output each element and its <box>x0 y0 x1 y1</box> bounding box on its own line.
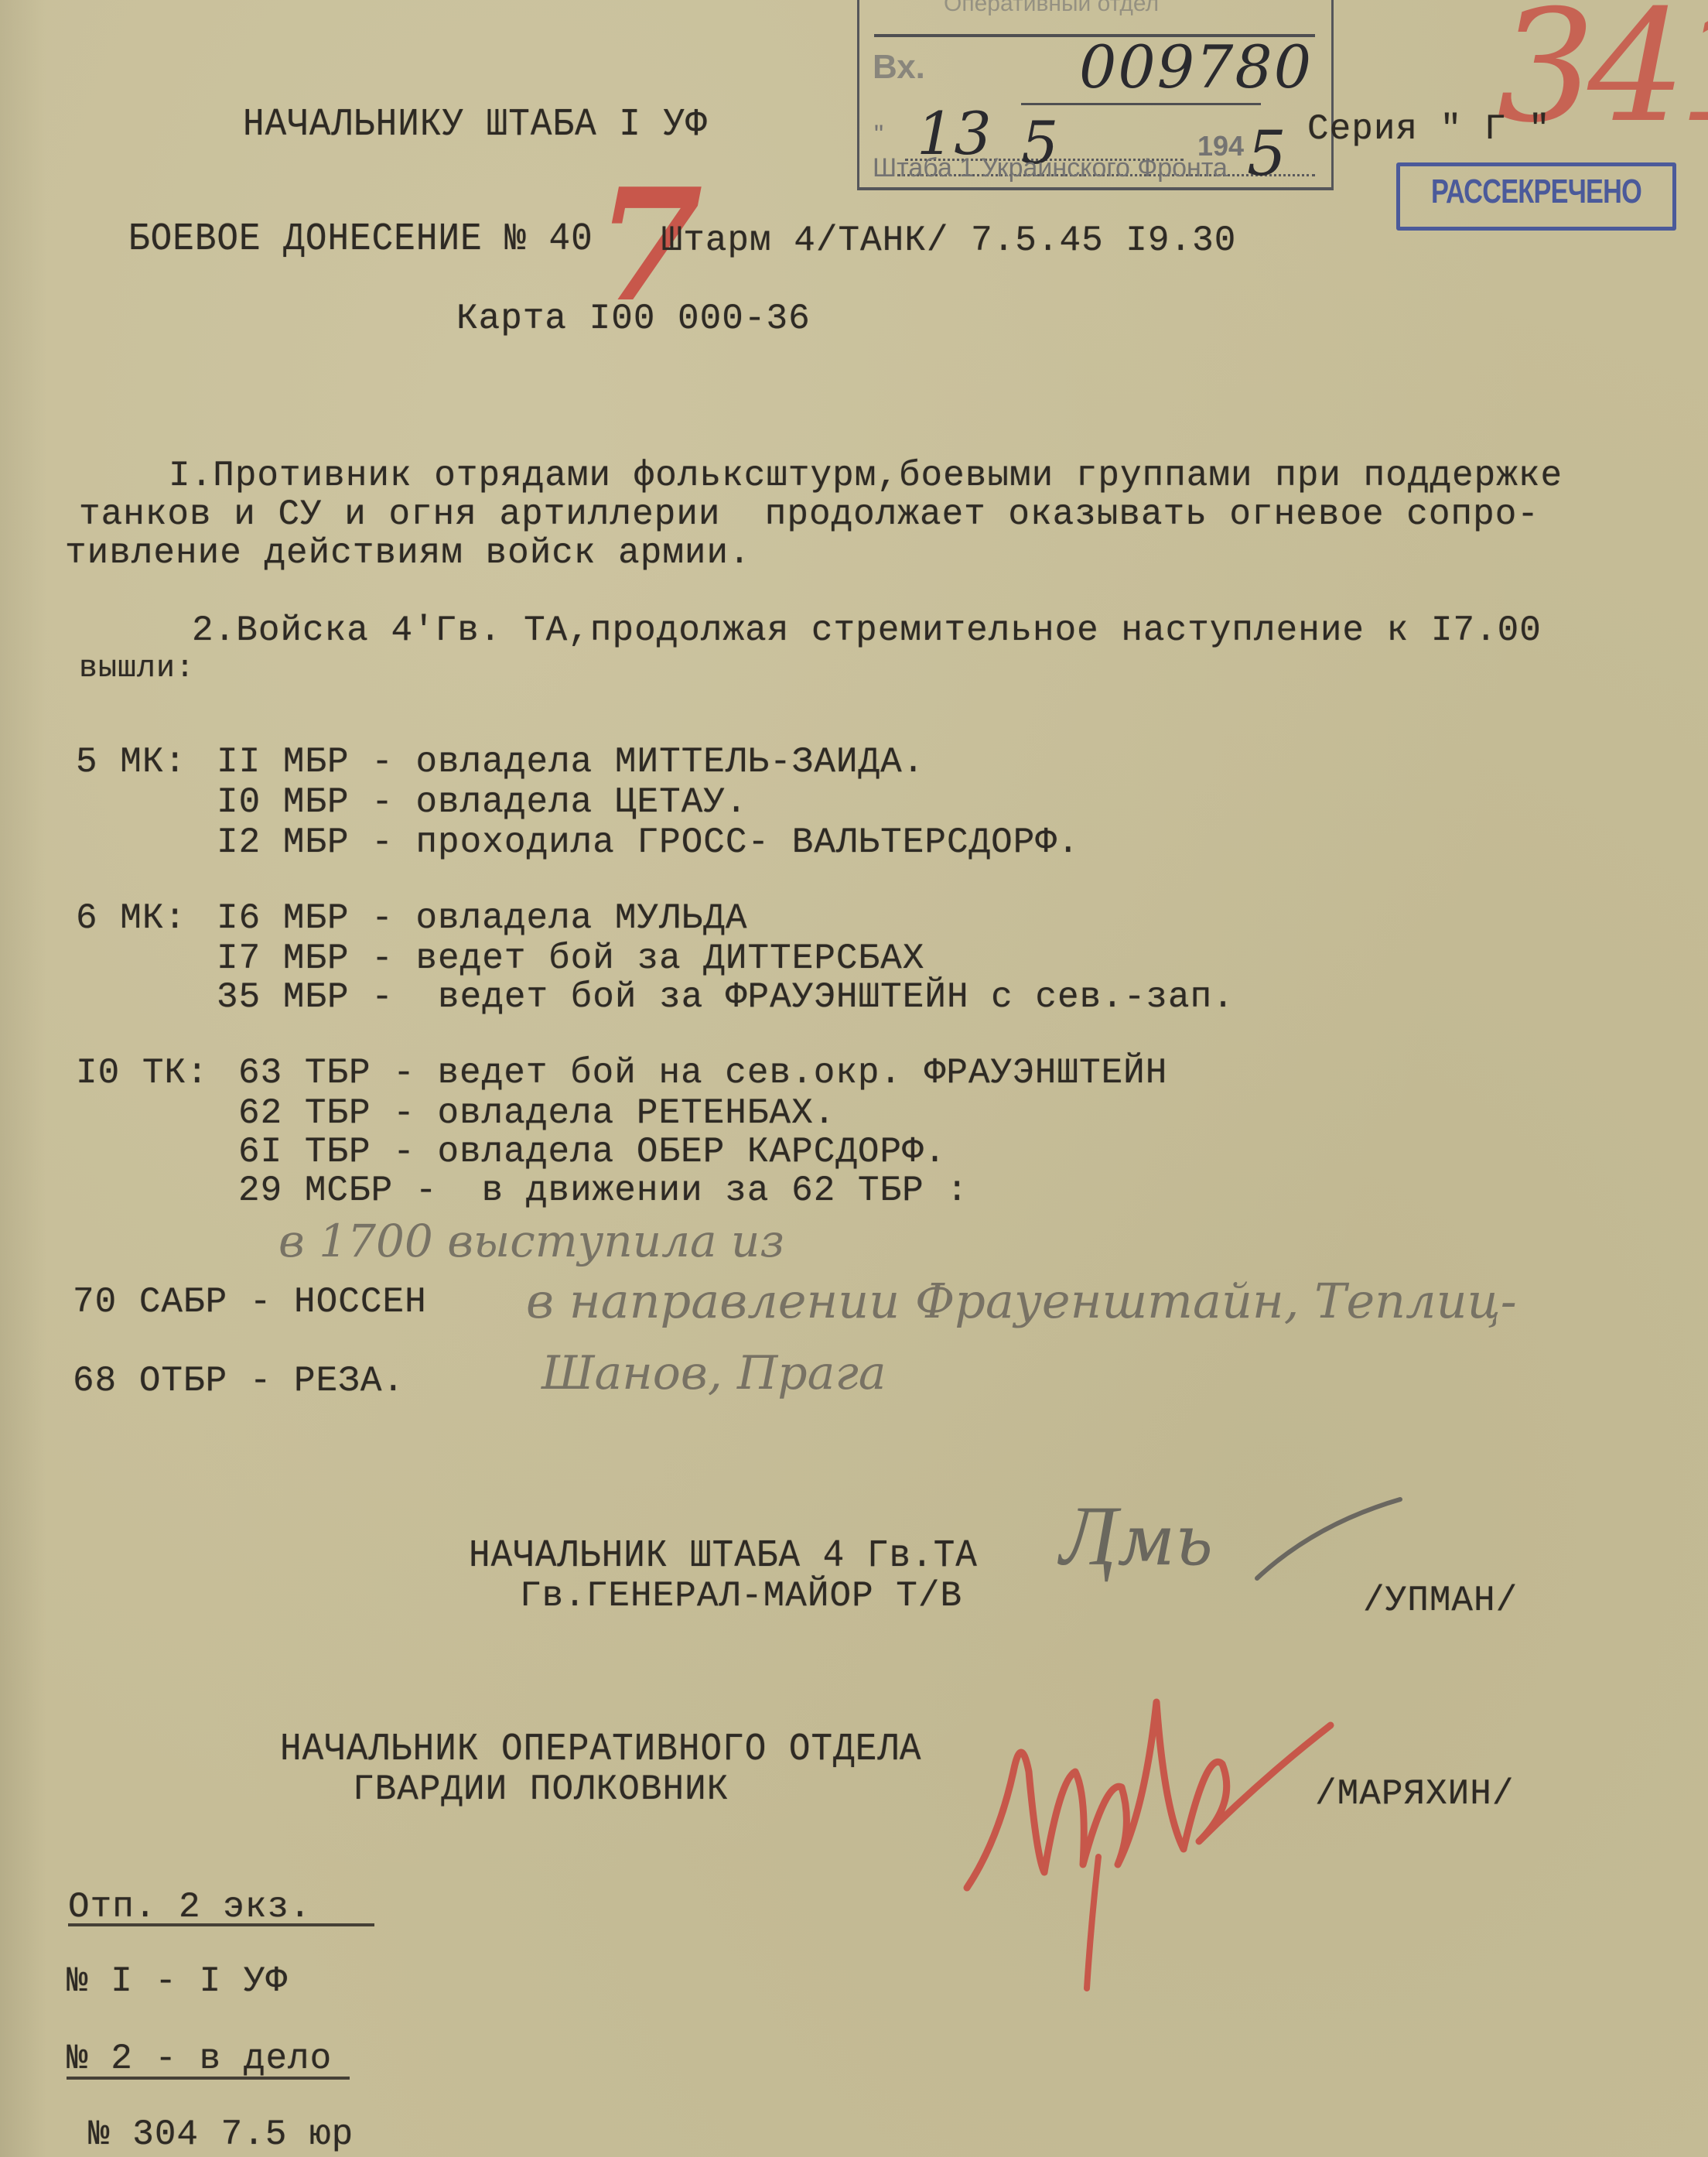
copies-underline <box>68 1923 374 1926</box>
signature2-red-handwritten <box>951 1656 1354 1996</box>
brigade-line: 63 ТБР - ведет бой на сев.окр. ФРАУЭНШТЕ… <box>238 1054 1167 1092</box>
brigade-line: I2 МБР - проходила ГРОСС- ВАЛЬТЕРСДОРФ. <box>217 823 1080 862</box>
signature1-title2: Гв.ГЕНЕРАЛ-МАЙОР Т/В <box>520 1577 962 1615</box>
line-68-otbr: 68 ОТБР - РЕЗА. <box>73 1362 405 1400</box>
distribution-copy1: № I - I УФ <box>67 1962 288 2001</box>
map-reference: Карта I00 000-36 <box>456 299 811 338</box>
distribution-copy2: № 2 - в дело <box>67 2039 332 2078</box>
stamp-number-rule <box>1021 103 1261 105</box>
handwritten-insert-3: Шанов, Прага <box>541 1346 886 1400</box>
brigade-line: 35 МБР - ведет бой за ФРАУЭНШТЕЙН с сев.… <box>217 978 1235 1017</box>
report-header-rest: Штарм 4/ТАНК/ 7.5.45 I9.30 <box>639 221 1236 260</box>
brigade-line: II МБР - овладела МИТТЕЛЬ-ЗАИДА. <box>217 743 924 781</box>
declassified-stamp: РАССЕКРЕЧЕНО <box>1396 162 1676 231</box>
stamp-incoming-label: Вх. <box>873 48 925 87</box>
line-70-sabr: 70 САБР - НОССЕН <box>73 1283 427 1321</box>
stamp-quote: " <box>874 120 883 150</box>
distribution-copies: Отп. 2 экз. <box>68 1888 312 1926</box>
handwritten-insert-2: в направлении Фрауенштайн, Теплиц- <box>526 1273 1517 1329</box>
signature2-name: /МАРЯХИН/ <box>1315 1775 1514 1813</box>
para1-line2: танков и СУ и огня артиллерии продолжает… <box>79 495 1539 534</box>
signature1-name: /УПМАН/ <box>1363 1581 1518 1620</box>
signature1-title1: НАЧАЛЬНИК ШТАБА 4 Гв.ТА <box>469 1535 978 1577</box>
corps-10tk: I0 ТК: <box>76 1054 209 1092</box>
copy2-underline <box>67 2077 350 2080</box>
signature1-flourish <box>1253 1493 1408 1586</box>
series-label: Серия " Г " <box>1307 110 1551 149</box>
declassified-label: РАССЕКРЕЧЕНО <box>1430 173 1643 211</box>
distribution-reg: № 304 7.5 юр <box>88 2115 354 2154</box>
brigade-line: I6 МБР - овладела МУЛЬДА <box>217 899 748 938</box>
stamp-bottom-text: Штаба 1 Украинского Фронта <box>873 153 1228 183</box>
brigade-line: I0 МБР - овладела ЦЕТАУ. <box>217 783 748 822</box>
brigade-line: I7 МБР - ведет бой за ДИТТЕРСБАХ <box>217 939 924 978</box>
addressee: НАЧАЛЬНИКУ ШТАБА I УФ <box>243 104 708 145</box>
stamp-top-text: Оперативный отдел <box>944 0 1159 17</box>
brigade-line: 62 ТБР - овладела РЕТЕНБАХ. <box>238 1094 835 1133</box>
brigade-line: 6I ТБР - овладела ОБЕР КАРСДОРФ. <box>238 1133 946 1171</box>
handwritten-insert-1: в 1700 выступила из <box>278 1215 784 1267</box>
signature1-handwritten: Ӆмь <box>1060 1485 1213 1585</box>
corps-5mk: 5 МК: <box>76 743 186 781</box>
signature2-title1: НАЧАЛЬНИК ОПЕРАТИВНОГО ОТДЕЛА <box>280 1728 922 1770</box>
signature2-title2: ГВАРДИИ ПОЛКОВНИК <box>353 1770 729 1809</box>
stamp-incoming-number: 009780 <box>1079 32 1313 101</box>
para1-line1: I.Противник отрядами фольксштурм,боевыми… <box>169 456 1563 495</box>
para2-line2: вышли: <box>79 650 195 689</box>
para1-line3: тивление действиям войск армии. <box>65 534 751 573</box>
brigade-line: 29 МСБР - в движении за 62 ТБР : <box>238 1171 968 1210</box>
report-title: БОЕВОЕ ДОНЕСЕНИЕ № 40 <box>128 218 593 260</box>
para2-line1: 2.Войска 4'Гв. ТА,продолжая стремительно… <box>192 611 1542 650</box>
corps-6mk: 6 МК: <box>76 899 186 938</box>
stamp-year-suffix: 5 <box>1247 118 1286 190</box>
